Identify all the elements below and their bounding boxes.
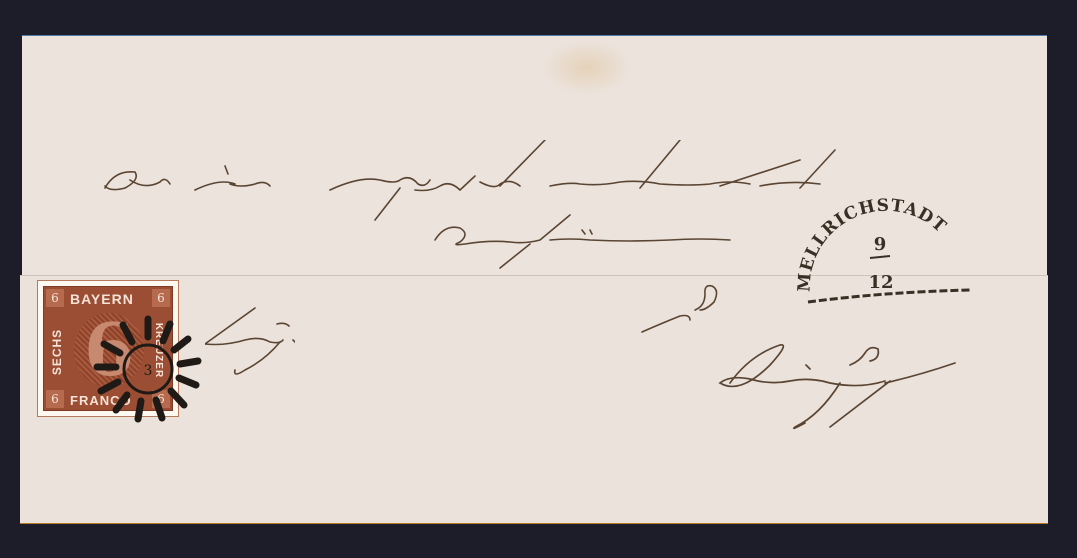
svg-text:3: 3 [144,363,153,379]
numeral-cancel-icon: 3 [92,315,204,423]
stamp-corner-numeral: 6 [152,289,170,307]
paper-stain [542,40,632,95]
stamp-country: BAYERN [70,291,134,307]
address-line-3: zu [640,280,730,340]
postmark-month: 12 [868,272,893,293]
stamp-value-word: SECHS [50,329,64,375]
stamp-corner-numeral: 6 [46,390,64,408]
address-line-4: Bayreuth [710,335,970,435]
address-line-2: Consistorium [430,210,750,270]
franco-annotation: franco [205,300,295,390]
stamp-corner-numeral: 6 [46,289,64,307]
postmark-day: 9 [874,234,887,255]
